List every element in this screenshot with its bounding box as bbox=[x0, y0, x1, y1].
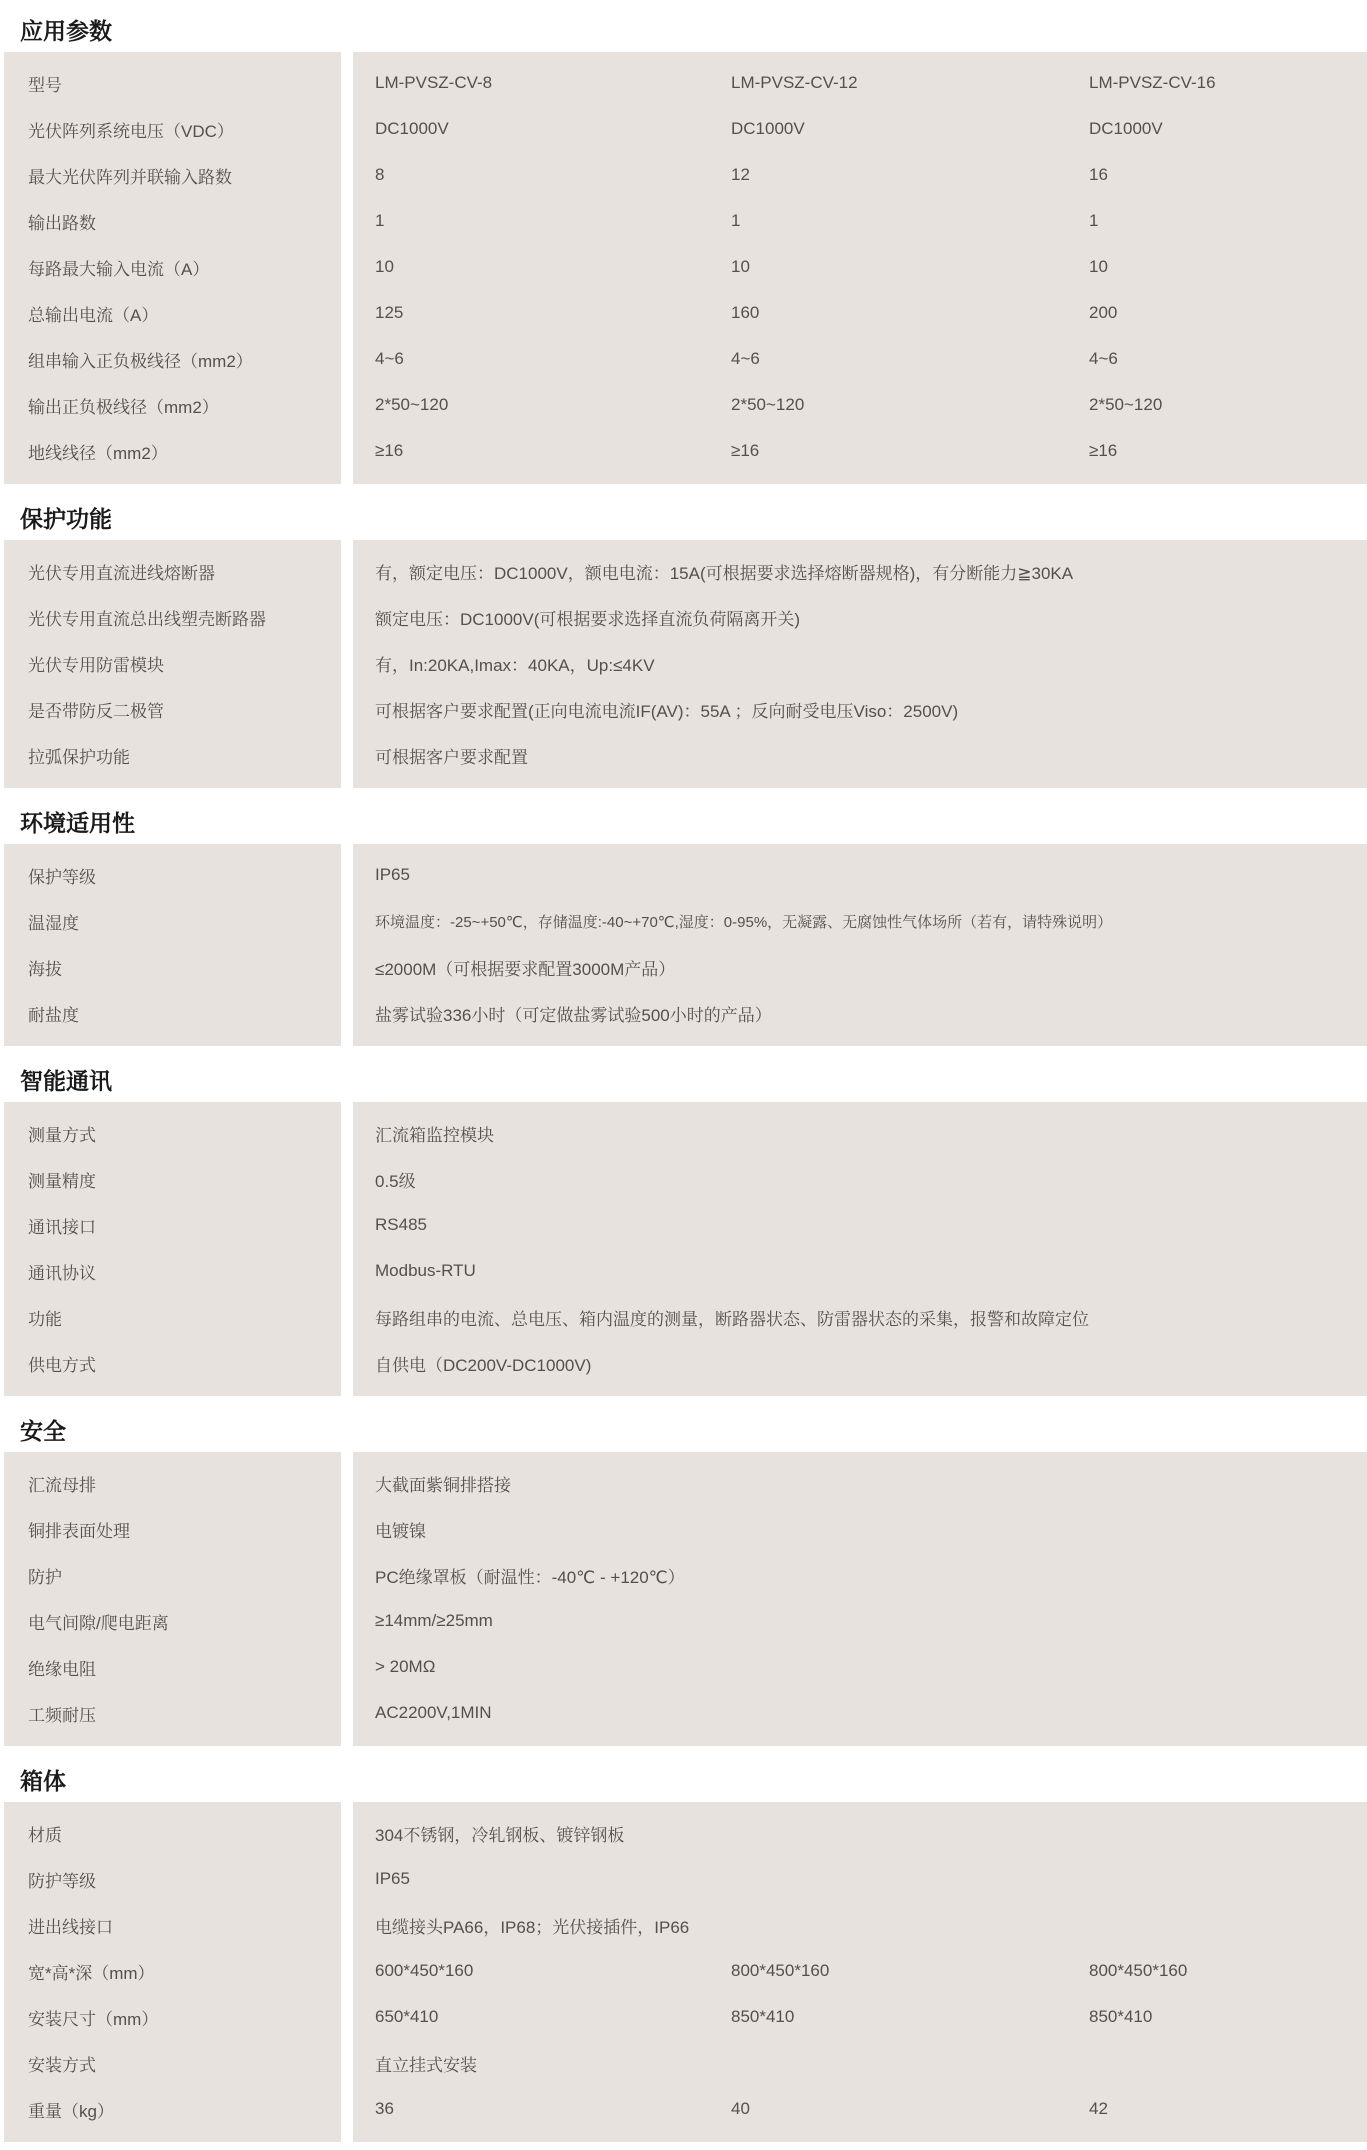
row-value: ≥16 bbox=[1067, 441, 1367, 461]
table-row: 安装尺寸（mm） 650*410850*410850*410 bbox=[0, 1994, 1367, 2040]
row-values: 650*410850*410850*410 bbox=[353, 1994, 1367, 2040]
table-row: 通讯接口 RS485 bbox=[0, 1202, 1367, 1248]
row-label: 光伏专用直流进线熔断器 bbox=[4, 540, 341, 594]
row-value: RS485 bbox=[353, 1215, 453, 1235]
row-value: ≥16 bbox=[353, 441, 709, 461]
row-label: 安装方式 bbox=[4, 2040, 341, 2086]
row-value: ≥16 bbox=[709, 441, 1067, 461]
row-label: 温湿度 bbox=[4, 898, 341, 944]
row-label: 汇流母排 bbox=[4, 1452, 341, 1506]
table-row: 测量方式 汇流箱监控模块 bbox=[0, 1102, 1367, 1156]
table-row: 每路最大输入电流（A） 101010 bbox=[0, 244, 1367, 290]
row-value: 850*410 bbox=[1067, 2007, 1367, 2027]
row-values: 364042 bbox=[353, 2086, 1367, 2142]
row-values: 电镀镍 bbox=[353, 1506, 1367, 1552]
table-row: 工频耐压 AC2200V,1MIN bbox=[0, 1690, 1367, 1746]
row-value: 10 bbox=[353, 257, 709, 277]
row-values: 额定电压：DC1000V(可根据要求选择直流负荷隔离开关) bbox=[353, 594, 1367, 640]
row-values: 81216 bbox=[353, 152, 1367, 198]
spec-section: 应用参数 型号 LM-PVSZ-CV-8LM-PVSZ-CV-12LM-PVSZ… bbox=[0, 18, 1367, 484]
row-label: 测量方式 bbox=[4, 1102, 341, 1156]
row-values: DC1000VDC1000VDC1000V bbox=[353, 106, 1367, 152]
section-title: 保护功能 bbox=[20, 506, 1367, 532]
row-value: 160 bbox=[709, 303, 1067, 323]
row-values: 自供电（DC200V-DC1000V) bbox=[353, 1340, 1367, 1396]
table-row: 输出路数 111 bbox=[0, 198, 1367, 244]
row-label: 防护等级 bbox=[4, 1856, 341, 1902]
row-values: 有，额定电压：DC1000V，额电电流：15A(可根据要求选择熔断器规格)，有分… bbox=[353, 540, 1367, 594]
section-rows: 保护等级 IP65 温湿度 环境温度：-25~+50℃，存储温度:-40~+70… bbox=[0, 844, 1367, 1046]
row-value: DC1000V bbox=[353, 119, 709, 139]
row-label: 海拔 bbox=[4, 944, 341, 990]
table-row: 保护等级 IP65 bbox=[0, 844, 1367, 898]
row-values: 125160200 bbox=[353, 290, 1367, 336]
row-value: ≤2000M（可根据要求配置3000M产品） bbox=[353, 955, 701, 980]
row-values: 大截面紫铜排搭接 bbox=[353, 1452, 1367, 1506]
section-title: 应用参数 bbox=[20, 18, 1367, 44]
table-row: 进出线接口 电缆接头PA66，IP68；光伏接插件，IP66 bbox=[0, 1902, 1367, 1948]
row-values: 每路组串的电流、总电压、箱内温度的测量，断路器状态、防雷器状态的采集，报警和故障… bbox=[353, 1294, 1367, 1340]
row-value: 200 bbox=[1067, 303, 1367, 323]
row-label: 总输出电流（A） bbox=[4, 290, 341, 336]
row-values: ≥16≥16≥16 bbox=[353, 428, 1367, 484]
row-label: 铜排表面处理 bbox=[4, 1506, 341, 1552]
row-label: 测量精度 bbox=[4, 1156, 341, 1202]
row-label: 供电方式 bbox=[4, 1340, 341, 1396]
table-row: 测量精度 0.5级 bbox=[0, 1156, 1367, 1202]
row-value: 1 bbox=[1067, 211, 1367, 231]
section-rows: 型号 LM-PVSZ-CV-8LM-PVSZ-CV-12LM-PVSZ-CV-1… bbox=[0, 52, 1367, 484]
spec-section: 智能通讯 测量方式 汇流箱监控模块 测量精度 0.5级 通讯接口 RS485 通… bbox=[0, 1068, 1367, 1396]
row-value: IP65 bbox=[353, 865, 436, 885]
row-value: 0.5级 bbox=[353, 1167, 442, 1192]
row-value: IP65 bbox=[353, 1869, 436, 1889]
row-value: 大截面紫铜排搭接 bbox=[353, 1471, 537, 1496]
table-row: 光伏专用直流总出线塑壳断路器 额定电压：DC1000V(可根据要求选择直流负荷隔… bbox=[0, 594, 1367, 640]
table-row: 总输出电流（A） 125160200 bbox=[0, 290, 1367, 336]
spec-section: 安全 汇流母排 大截面紫铜排搭接 铜排表面处理 电镀镍 防护 PC绝缘罩板（耐温… bbox=[0, 1418, 1367, 1746]
row-values: IP65 bbox=[353, 1856, 1367, 1902]
row-value: 800*450*160 bbox=[1067, 1961, 1367, 1981]
row-label: 光伏专用防雷模块 bbox=[4, 640, 341, 686]
row-value: 汇流箱监控模块 bbox=[353, 1121, 520, 1146]
section-title: 箱体 bbox=[20, 1768, 1367, 1794]
row-values: 有，In:20KA,Imax：40KA，Up:≤4KV bbox=[353, 640, 1367, 686]
table-row: 绝缘电阻 > 20MΩ bbox=[0, 1644, 1367, 1690]
row-value: 42 bbox=[1067, 2099, 1367, 2119]
row-values: 4~64~64~6 bbox=[353, 336, 1367, 382]
row-values: 111 bbox=[353, 198, 1367, 244]
row-value: 电缆接头PA66，IP68；光伏接插件，IP66 bbox=[353, 1913, 715, 1938]
row-label: 耐盐度 bbox=[4, 990, 341, 1046]
row-label: 输出正负极线径（mm2） bbox=[4, 382, 341, 428]
row-value: 4~6 bbox=[353, 349, 709, 369]
row-value: 可根据客户要求配置(正向电流电流IF(AV)：55A ；反向耐受电压Viso：2… bbox=[353, 697, 984, 722]
row-values: LM-PVSZ-CV-8LM-PVSZ-CV-12LM-PVSZ-CV-16 bbox=[353, 52, 1367, 106]
row-label: 宽*高*深（mm） bbox=[4, 1948, 341, 1994]
row-value: PC绝缘罩板（耐温性：-40℃ - +120℃） bbox=[353, 1563, 711, 1588]
row-value: 600*450*160 bbox=[353, 1961, 709, 1981]
row-value: 650*410 bbox=[353, 2007, 709, 2027]
row-value: 304不锈钢，冷轧钢板、镀锌钢板 bbox=[353, 1821, 650, 1846]
section-title: 智能通讯 bbox=[20, 1068, 1367, 1094]
row-value: LM-PVSZ-CV-16 bbox=[1067, 73, 1367, 93]
row-value: 4~6 bbox=[709, 349, 1067, 369]
row-value: 1 bbox=[709, 211, 1067, 231]
row-values: 环境温度：-25~+50℃，存储温度:-40~+70℃,湿度：0-95%，无凝露… bbox=[353, 898, 1367, 944]
table-row: 型号 LM-PVSZ-CV-8LM-PVSZ-CV-12LM-PVSZ-CV-1… bbox=[0, 52, 1367, 106]
row-label: 通讯接口 bbox=[4, 1202, 341, 1248]
row-value: DC1000V bbox=[1067, 119, 1367, 139]
row-label: 绝缘电阻 bbox=[4, 1644, 341, 1690]
row-value: 10 bbox=[709, 257, 1067, 277]
row-values: 304不锈钢，冷轧钢板、镀锌钢板 bbox=[353, 1802, 1367, 1856]
row-value: ≥14mm/≥25mm bbox=[353, 1611, 519, 1631]
row-value: 4~6 bbox=[1067, 349, 1367, 369]
table-row: 耐盐度 盐雾试验336小时（可定做盐雾试验500小时的产品） bbox=[0, 990, 1367, 1046]
row-value: 自供电（DC200V-DC1000V) bbox=[353, 1351, 617, 1376]
table-row: 铜排表面处理 电镀镍 bbox=[0, 1506, 1367, 1552]
row-label: 保护等级 bbox=[4, 844, 341, 898]
row-values: PC绝缘罩板（耐温性：-40℃ - +120℃） bbox=[353, 1552, 1367, 1598]
row-values: 直立挂式安装 bbox=[353, 2040, 1367, 2086]
row-value: 2*50~120 bbox=[353, 395, 709, 415]
table-row: 重量（kg） 364042 bbox=[0, 2086, 1367, 2142]
row-values: 600*450*160800*450*160800*450*160 bbox=[353, 1948, 1367, 1994]
row-values: ≤2000M（可根据要求配置3000M产品） bbox=[353, 944, 1367, 990]
row-label: 输出路数 bbox=[4, 198, 341, 244]
table-row: 汇流母排 大截面紫铜排搭接 bbox=[0, 1452, 1367, 1506]
row-value: 电镀镍 bbox=[353, 1517, 452, 1542]
row-label: 通讯协议 bbox=[4, 1248, 341, 1294]
row-value: DC1000V bbox=[709, 119, 1067, 139]
row-label: 地线线径（mm2） bbox=[4, 428, 341, 484]
row-label: 光伏阵列系统电压（VDC） bbox=[4, 106, 341, 152]
row-label: 安装尺寸（mm） bbox=[4, 1994, 341, 2040]
section-title: 环境适用性 bbox=[20, 810, 1367, 836]
row-value: 环境温度：-25~+50℃，存储温度:-40~+70℃,湿度：0-95%，无凝露… bbox=[353, 911, 1138, 932]
row-values: 0.5级 bbox=[353, 1156, 1367, 1202]
spec-sections: 应用参数 型号 LM-PVSZ-CV-8LM-PVSZ-CV-12LM-PVSZ… bbox=[0, 18, 1367, 2142]
table-row: 组串输入正负极线径（mm2） 4~64~64~6 bbox=[0, 336, 1367, 382]
row-values: 可根据客户要求配置(正向电流电流IF(AV)：55A ；反向耐受电压Viso：2… bbox=[353, 686, 1367, 732]
row-label: 材质 bbox=[4, 1802, 341, 1856]
row-label: 电气间隙/爬电距离 bbox=[4, 1598, 341, 1644]
row-value: 1 bbox=[353, 211, 709, 231]
row-label: 拉弧保护功能 bbox=[4, 732, 341, 788]
row-label: 工频耐压 bbox=[4, 1690, 341, 1746]
row-value: 额定电压：DC1000V(可根据要求选择直流负荷隔离开关) bbox=[353, 605, 826, 630]
table-row: 功能 每路组串的电流、总电压、箱内温度的测量，断路器状态、防雷器状态的采集，报警… bbox=[0, 1294, 1367, 1340]
row-value: 可根据客户要求配置 bbox=[353, 743, 554, 768]
spec-section: 保护功能 光伏专用直流进线熔断器 有，额定电压：DC1000V，额电电流：15A… bbox=[0, 506, 1367, 788]
row-value: 36 bbox=[353, 2099, 709, 2119]
row-label: 是否带防反二极管 bbox=[4, 686, 341, 732]
row-label: 组串输入正负极线径（mm2） bbox=[4, 336, 341, 382]
table-row: 光伏阵列系统电压（VDC） DC1000VDC1000VDC1000V bbox=[0, 106, 1367, 152]
row-value: 125 bbox=[353, 303, 709, 323]
table-row: 材质 304不锈钢，冷轧钢板、镀锌钢板 bbox=[0, 1802, 1367, 1856]
section-rows: 汇流母排 大截面紫铜排搭接 铜排表面处理 电镀镍 防护 PC绝缘罩板（耐温性：-… bbox=[0, 1452, 1367, 1746]
row-label: 防护 bbox=[4, 1552, 341, 1598]
row-values: 电缆接头PA66，IP68；光伏接插件，IP66 bbox=[353, 1902, 1367, 1948]
row-values: IP65 bbox=[353, 844, 1367, 898]
section-rows: 材质 304不锈钢，冷轧钢板、镀锌钢板 防护等级 IP65 进出线接口 电缆接头… bbox=[0, 1802, 1367, 2142]
table-row: 宽*高*深（mm） 600*450*160800*450*160800*450*… bbox=[0, 1948, 1367, 1994]
row-value: AC2200V,1MIN bbox=[353, 1703, 518, 1723]
table-row: 光伏专用直流进线熔断器 有，额定电压：DC1000V，额电电流：15A(可根据要… bbox=[0, 540, 1367, 594]
section-title: 安全 bbox=[20, 1418, 1367, 1444]
row-values: ≥14mm/≥25mm bbox=[353, 1598, 1367, 1644]
product-spec-sheet: 应用参数 型号 LM-PVSZ-CV-8LM-PVSZ-CV-12LM-PVSZ… bbox=[0, 0, 1367, 2150]
row-value: 40 bbox=[709, 2099, 1067, 2119]
row-label: 最大光伏阵列并联输入路数 bbox=[4, 152, 341, 198]
table-row: 最大光伏阵列并联输入路数 81216 bbox=[0, 152, 1367, 198]
row-value: 800*450*160 bbox=[709, 1961, 1067, 1981]
row-value: 直立挂式安装 bbox=[353, 2051, 503, 2076]
row-label: 进出线接口 bbox=[4, 1902, 341, 1948]
spec-section: 箱体 材质 304不锈钢，冷轧钢板、镀锌钢板 防护等级 IP65 进出线接口 电… bbox=[0, 1768, 1367, 2142]
table-row: 防护等级 IP65 bbox=[0, 1856, 1367, 1902]
row-value: 12 bbox=[709, 165, 1067, 185]
row-value: 850*410 bbox=[709, 2007, 1067, 2027]
table-row: 拉弧保护功能 可根据客户要求配置 bbox=[0, 732, 1367, 788]
row-value: 8 bbox=[353, 165, 709, 185]
row-values: AC2200V,1MIN bbox=[353, 1690, 1367, 1746]
table-row: 通讯协议 Modbus-RTU bbox=[0, 1248, 1367, 1294]
row-value: 10 bbox=[1067, 257, 1367, 277]
row-label: 光伏专用直流总出线塑壳断路器 bbox=[4, 594, 341, 640]
section-rows: 光伏专用直流进线熔断器 有，额定电压：DC1000V，额电电流：15A(可根据要… bbox=[0, 540, 1367, 788]
row-values: Modbus-RTU bbox=[353, 1248, 1367, 1294]
row-value: 16 bbox=[1067, 165, 1367, 185]
row-value: 每路组串的电流、总电压、箱内温度的测量，断路器状态、防雷器状态的采集，报警和故障… bbox=[353, 1305, 1115, 1330]
row-values: RS485 bbox=[353, 1202, 1367, 1248]
table-row: 海拔 ≤2000M（可根据要求配置3000M产品） bbox=[0, 944, 1367, 990]
table-row: 输出正负极线径（mm2） 2*50~1202*50~1202*50~120 bbox=[0, 382, 1367, 428]
table-row: 地线线径（mm2） ≥16≥16≥16 bbox=[0, 428, 1367, 484]
table-row: 电气间隙/爬电距离 ≥14mm/≥25mm bbox=[0, 1598, 1367, 1644]
row-values: > 20MΩ bbox=[353, 1644, 1367, 1690]
row-label: 功能 bbox=[4, 1294, 341, 1340]
table-row: 光伏专用防雷模块 有，In:20KA,Imax：40KA，Up:≤4KV bbox=[0, 640, 1367, 686]
row-values: 101010 bbox=[353, 244, 1367, 290]
row-label: 型号 bbox=[4, 52, 341, 106]
row-value: 有，In:20KA,Imax：40KA，Up:≤4KV bbox=[353, 651, 681, 676]
row-values: 2*50~1202*50~1202*50~120 bbox=[353, 382, 1367, 428]
table-row: 是否带防反二极管 可根据客户要求配置(正向电流电流IF(AV)：55A ；反向耐… bbox=[0, 686, 1367, 732]
table-row: 防护 PC绝缘罩板（耐温性：-40℃ - +120℃） bbox=[0, 1552, 1367, 1598]
row-value: 2*50~120 bbox=[1067, 395, 1367, 415]
row-label: 重量（kg） bbox=[4, 2086, 341, 2142]
spec-section: 环境适用性 保护等级 IP65 温湿度 环境温度：-25~+50℃，存储温度:-… bbox=[0, 810, 1367, 1046]
section-rows: 测量方式 汇流箱监控模块 测量精度 0.5级 通讯接口 RS485 通讯协议 M… bbox=[0, 1102, 1367, 1396]
row-values: 可根据客户要求配置 bbox=[353, 732, 1367, 788]
table-row: 供电方式 自供电（DC200V-DC1000V) bbox=[0, 1340, 1367, 1396]
row-value: 2*50~120 bbox=[709, 395, 1067, 415]
table-row: 安装方式 直立挂式安装 bbox=[0, 2040, 1367, 2086]
row-values: 汇流箱监控模块 bbox=[353, 1102, 1367, 1156]
row-value: > 20MΩ bbox=[353, 1657, 461, 1677]
row-value: LM-PVSZ-CV-8 bbox=[353, 73, 709, 93]
row-values: 盐雾试验336小时（可定做盐雾试验500小时的产品） bbox=[353, 990, 1367, 1046]
table-row: 温湿度 环境温度：-25~+50℃，存储温度:-40~+70℃,湿度：0-95%… bbox=[0, 898, 1367, 944]
row-label: 每路最大输入电流（A） bbox=[4, 244, 341, 290]
row-value: 有，额定电压：DC1000V，额电电流：15A(可根据要求选择熔断器规格)，有分… bbox=[353, 559, 1099, 584]
row-value: 盐雾试验336小时（可定做盐雾试验500小时的产品） bbox=[353, 1001, 798, 1026]
row-value: LM-PVSZ-CV-12 bbox=[709, 73, 1067, 93]
row-value: Modbus-RTU bbox=[353, 1261, 502, 1281]
